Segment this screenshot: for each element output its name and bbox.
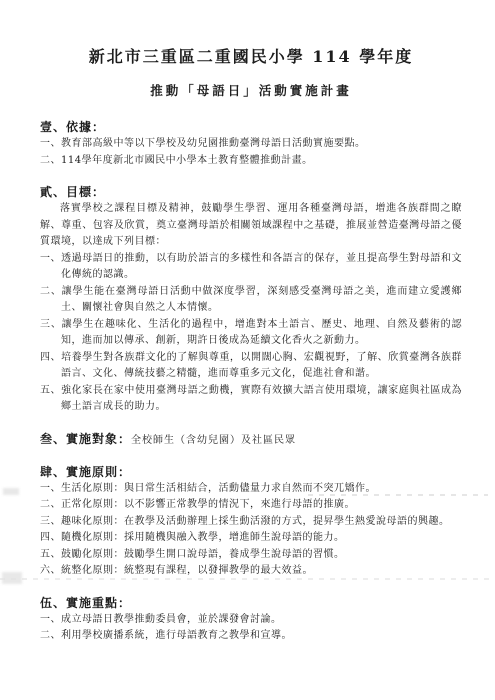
section-heading-line: 叁、實施對象：全校師生（含幼兒園）及社區民眾 [40,429,462,449]
document-title: 新北市三重區二重國民小學 114 學年度 [40,46,462,68]
list-item: 三、趣味化原則：在教學及活動辦理上採生動活潑的方式，提昇學生熱愛說母語的興趣。 [40,514,462,531]
section-heading: 壹、依據： [40,120,105,134]
list-item: 一、成立母語日教學推動委員會，並於課發會討論。 [40,612,462,629]
document-sections: 壹、依據：一、教育部高級中等以下學校及幼兒園推動臺灣母語日活動實施要點。二、11… [40,117,462,645]
section-heading: 叁、實施對象： [40,432,131,446]
section-heading-line: 伍、實施重點： [40,593,462,612]
section-heading: 貳、目標： [40,185,105,199]
section-1: 壹、依據：一、教育部高級中等以下學校及幼兒園推動臺灣母語日活動實施要點。二、11… [40,117,462,169]
section-heading-line: 貳、目標： [40,182,462,201]
section-heading-line: 肆、實施原則： [40,462,462,481]
section-heading: 肆、實施原則： [40,465,131,479]
list-item: 一、透過母語日的推動，以有助於語言的多樣性和各語言的保存，並且提高學生對母語和文… [40,251,462,284]
list-item: 二、利用學校廣播系統，進行母語教育之教學和宣導。 [40,628,462,645]
document-subtitle: 推動「母語日」活動實施計畫 [40,82,462,99]
section-2: 貳、目標：落實學校之課程目標及精神，鼓勵學生學習、運用各種臺灣母語，增進各族群間… [40,182,462,416]
section-3: 叁、實施對象：全校師生（含幼兒園）及社區民眾 [40,429,462,449]
list-item: 六、統整化原則：統整現有課程，以發揮教學的最大效益。 [40,563,462,580]
list-item: 四、培養學生對各族群文化的了解與尊重，以開闊心胸、宏觀視野，了解、欣賞臺灣各族群… [40,350,462,383]
list-item: 四、隨機化原則：採用隨機與融入教學，增進師生說母語的能力。 [40,530,462,547]
list-item: 一、生活化原則：與日常生活相結合，活動儘量力求自然而不突兀矯作。 [40,481,462,498]
section-paragraph: 落實學校之課程目標及精神，鼓勵學生學習、運用各種臺灣母語，增進各族群間之瞭解、尊… [40,201,462,251]
section-heading: 伍、實施重點： [40,596,131,610]
list-item: 五、鼓勵化原則：鼓勵學生開口說母語，養成學生說母語的習慣。 [40,547,462,564]
section-heading-line: 壹、依據： [40,117,462,136]
list-item: 一、教育部高級中等以下學校及幼兒園推動臺灣母語日活動實施要點。 [40,136,462,153]
section-inline-text: 全校師生（含幼兒園）及社區民眾 [131,435,296,446]
document-content: 新北市三重區二重國民小學 114 學年度 推動「母語日」活動實施計畫 壹、依據：… [0,0,495,645]
list-item: 五、強化家長在家中使用臺灣母語之動機，實際有效擴大語言使用環境，讓家庭與社區成為… [40,383,462,416]
list-item: 三、讓學生在趣味化、生活化的過程中，增進對本土語言、歷史、地理、自然及藝術的認知… [40,317,462,350]
section-5: 伍、實施重點：一、成立母語日教學推動委員會，並於課發會討論。二、利用學校廣播系統… [40,593,462,645]
list-item: 二、讓學生能在臺灣母語日活動中做深度學習，深刻感受臺灣母語之美，進而建立愛護鄉土… [40,284,462,317]
list-item: 二、正常化原則：以不影響正常教學的情況下，來進行母語的推廣。 [40,497,462,514]
section-4: 肆、實施原則：一、生活化原則：與日常生活相結合，活動儘量力求自然而不突兀矯作。二… [40,462,462,580]
document-page: 新北市三重區二重國民小學 114 學年度 推動「母語日」活動實施計畫 壹、依據：… [0,0,495,700]
list-item: 二、114學年度新北市國民中小學本土教育整體推動計畫。 [40,153,462,170]
